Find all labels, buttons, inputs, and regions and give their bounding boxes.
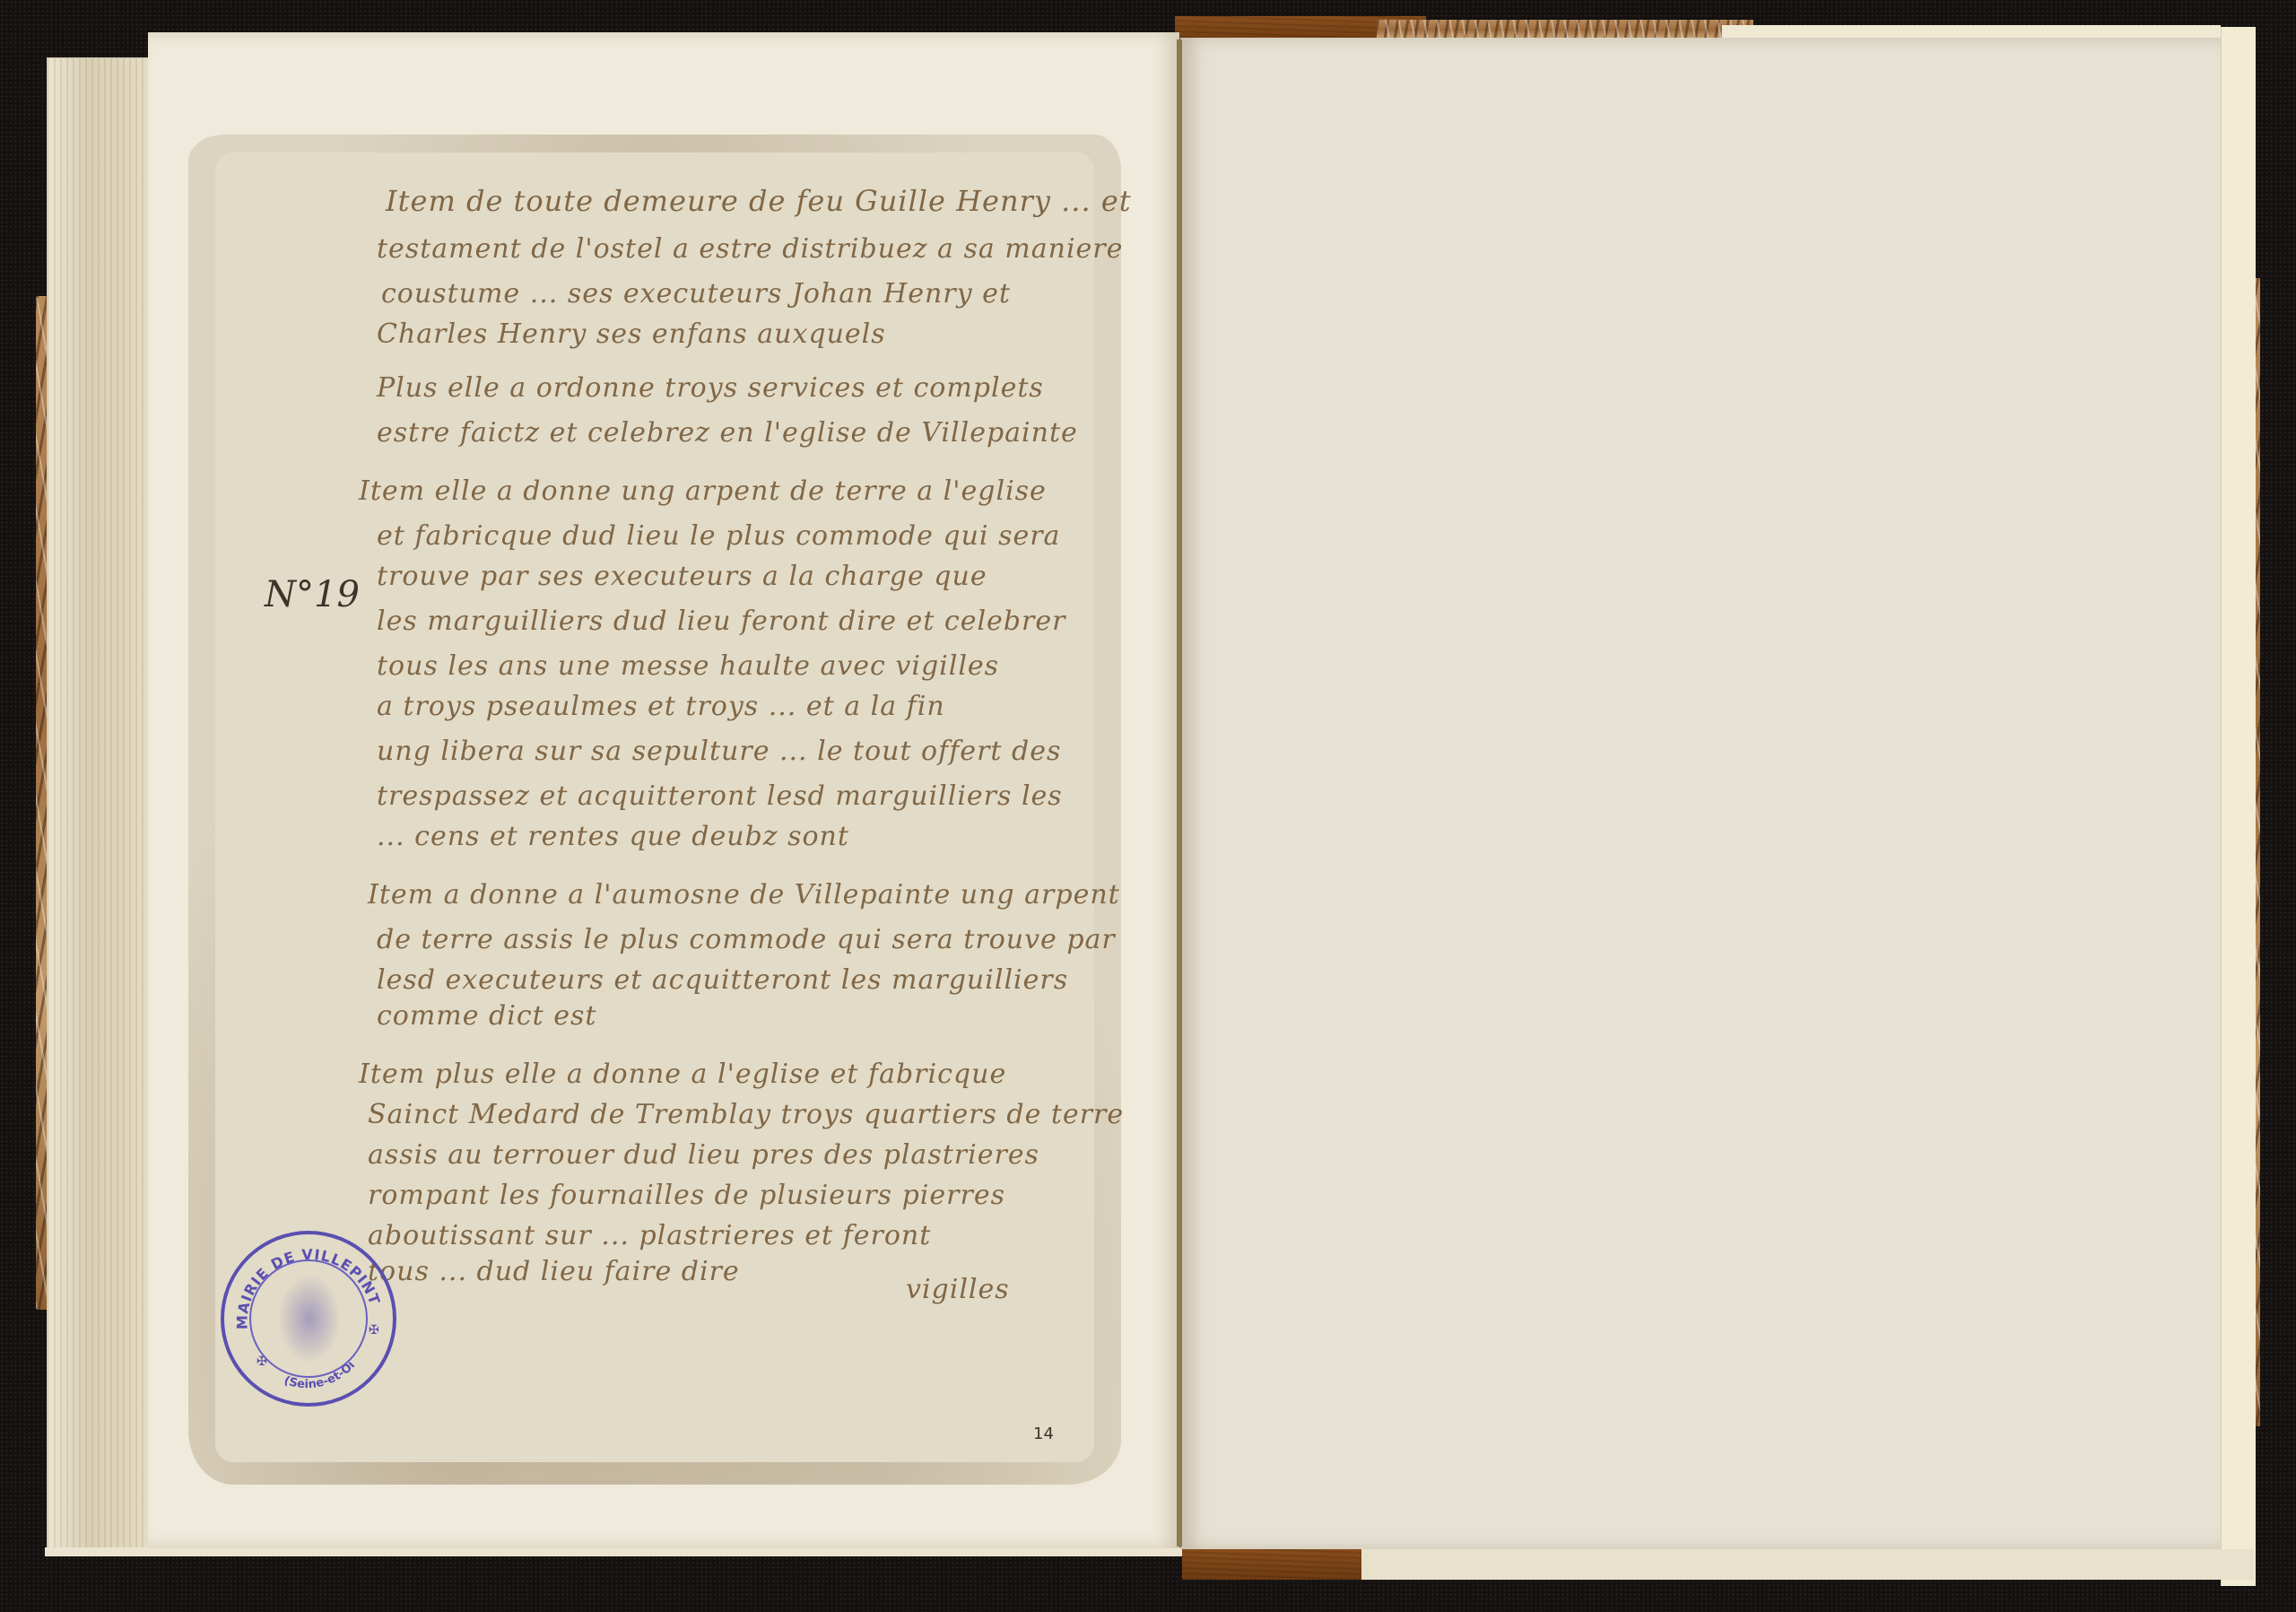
manuscript-line: les marguilliers dud lieu feront dire et…: [377, 606, 1065, 637]
page-number: 14: [1033, 1425, 1054, 1443]
manuscript-line: trespassez et acquitteront lesd marguill…: [377, 780, 1063, 812]
manuscript-line: comme dict est: [377, 1000, 596, 1032]
manuscript-line: tous les ans une messe haulte avec vigil…: [377, 650, 999, 682]
right-cream-board: [2221, 27, 2256, 1586]
manuscript-line: aboutissant sur ... plastrieres et feron…: [368, 1220, 931, 1251]
manuscript-line: et fabricque dud lieu le plus commode qu…: [377, 520, 1060, 552]
manuscript-line: trouve par ses executeurs a la charge qu…: [377, 561, 987, 592]
manuscript-line: coustume ... ses executeurs Johan Henry …: [381, 278, 1011, 309]
manuscript-line: tous ... dud lieu faire dire: [368, 1256, 740, 1287]
manuscript-line: ung libera sur sa sepulture ... le tout …: [377, 736, 1061, 767]
svg-text:✠: ✠: [369, 1323, 379, 1338]
manuscript-line: Item plus elle a donne a l'eglise et fab…: [359, 1059, 1006, 1090]
book-gutter: [1177, 39, 1182, 1547]
bottom-cream-board: [1361, 1549, 2255, 1580]
manuscript-line: Plus elle a ordonne troys services et co…: [377, 372, 1044, 404]
manuscript-line: assis au terrouer dud lieu pres des plas…: [368, 1139, 1039, 1171]
manuscript-line: Item de toute demeure de feu Guille Henr…: [386, 184, 1132, 218]
manuscript-line: lesd executeurs et acquitteront les marg…: [377, 964, 1068, 996]
left-page-block-edge: [47, 57, 152, 1553]
manuscript-line: ... cens et rentes que deubz sont: [377, 821, 849, 852]
manuscript-line: de terre assis le plus commode qui sera …: [377, 924, 1116, 955]
folio-number: N°19: [265, 574, 360, 615]
bottom-spine-leather: [1182, 1547, 1361, 1580]
manuscript-line: Item elle a donne ung arpent de terre a …: [359, 475, 1047, 507]
manuscript-line: a troys pseaulmes et troys ... et a la f…: [377, 691, 945, 722]
right-page-blank: [1180, 38, 2221, 1549]
manuscript-line: Charles Henry ses enfans auxquels: [377, 318, 886, 350]
stamp-emblem-icon: [278, 1274, 341, 1364]
manuscript-line: vigilles: [906, 1274, 1010, 1305]
manuscript-line: Sainct Medard de Tremblay troys quartier…: [368, 1099, 1124, 1130]
manuscript-line: Item a donne a l'aumosne de Villepainte …: [368, 879, 1120, 911]
manuscript-line: rompant les fournailles de plusieurs pie…: [368, 1180, 1005, 1211]
manuscript-line: testament de l'ostel a estre distribuez …: [377, 233, 1123, 265]
manuscript-line: estre faictz et celebrez en l'eglise de …: [377, 417, 1078, 449]
bottom-left-board: [45, 1547, 1184, 1556]
